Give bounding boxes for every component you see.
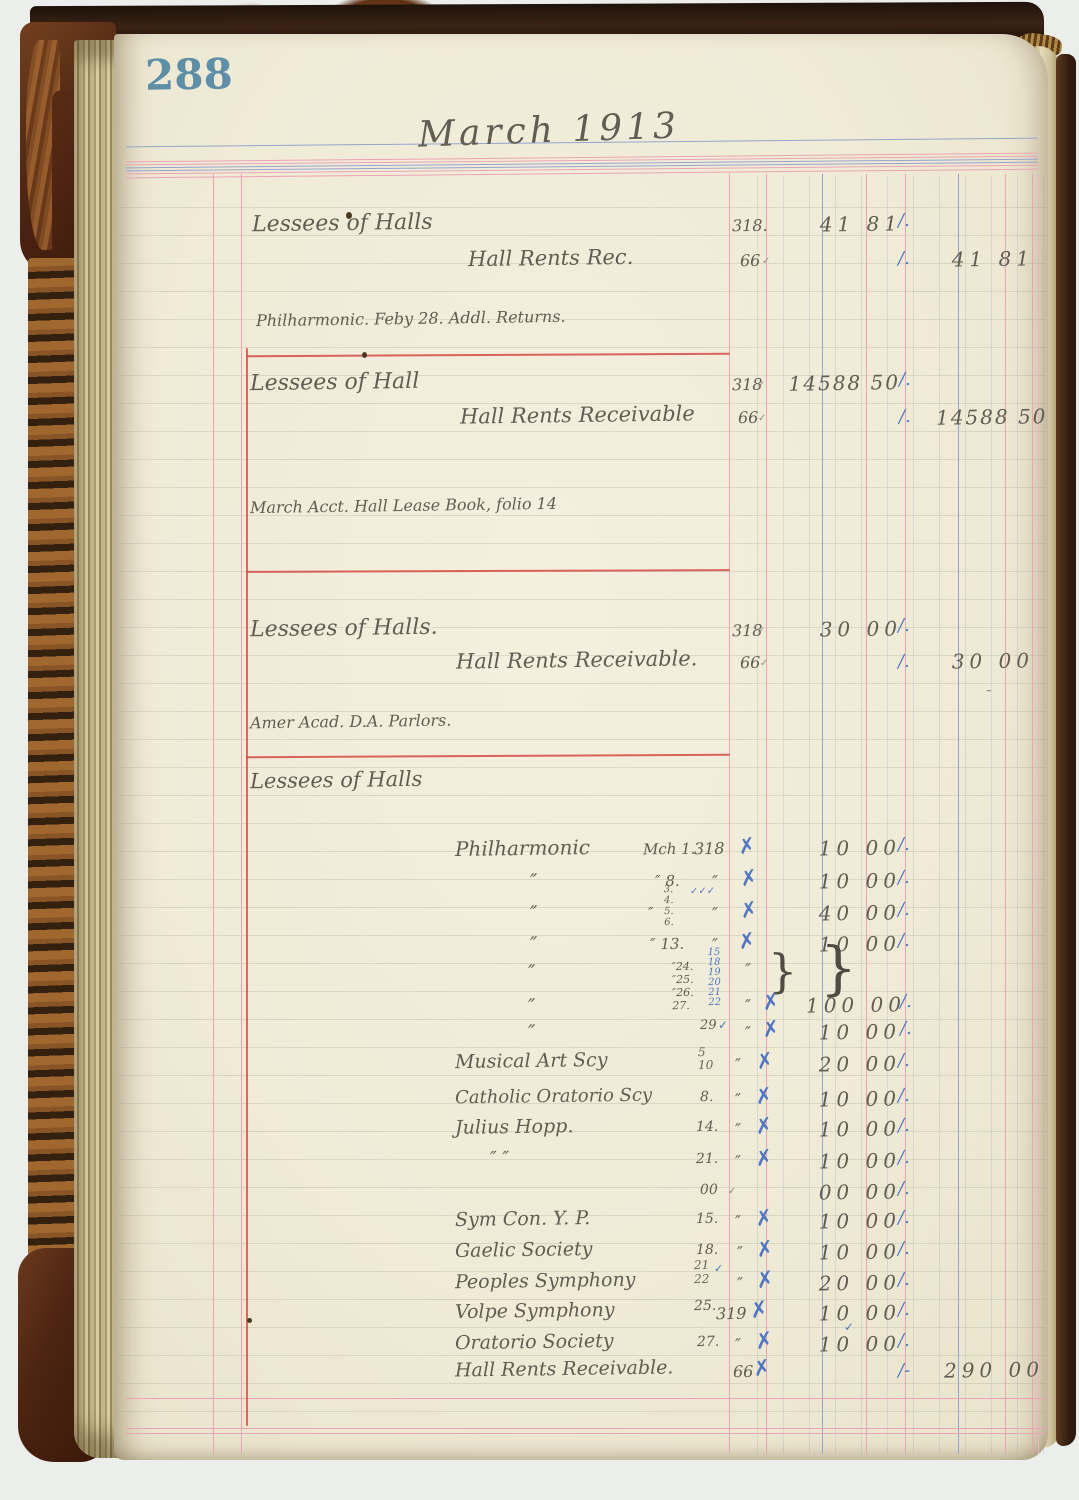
row-debit: 10 00 [815,868,901,893]
entry-credit-folio: 66 [738,408,759,427]
small-check: ✓ [718,1018,728,1032]
row-folio: 319 [716,1304,747,1323]
posting-mark: /. [898,930,910,951]
footer-rule [126,1428,1046,1429]
row-date: 25. [694,1298,716,1314]
row-folio: ″ [737,1274,743,1293]
row-date: 8. [700,1089,714,1105]
dash-mark: - [986,680,992,699]
folio-column-rule [729,174,730,1454]
entry-debit-account: Lessees of Halls [252,210,433,238]
posting-mark: /. [899,369,911,390]
row-name: ″ [528,1020,536,1044]
row-debit: 10 00 [815,1116,901,1141]
small-checks: ✓✓✓ [690,886,702,897]
row-folio: ″ [712,904,718,923]
posting-mark: /. [898,1085,910,1106]
row-debit: 10 00 [815,1239,901,1264]
row-name: Musical Art Scy [455,1049,608,1073]
debit-column-rule [905,174,906,1454]
row-small-dates-blue: 15 18 19 20 21 22 [708,948,725,1008]
paper-spot [247,1318,252,1323]
row-date: 29 [700,1018,717,1033]
paper-spot [362,352,367,358]
row-debit: 10 00 [815,1331,901,1356]
row-debit: 20 00 [815,1270,901,1295]
posting-mark: /. [898,1330,910,1351]
section-heading: Lessees of Halls [250,767,423,793]
row-folio: ″ [745,996,751,1015]
row-date: ″ [648,904,654,922]
right-margin-rule [1032,174,1033,1454]
entry-debit-account: Lessees of Hall [250,369,420,396]
row-name: Oratorio Society [455,1330,614,1354]
row-name: Philharmonic [455,835,590,861]
book-spine-striped-edge [28,258,80,1270]
entry-credit-folio: 66 [740,653,761,672]
row-folio: ″ [735,1090,741,1109]
folio-check: ✓ [728,1186,737,1197]
ledger-photo: 288 March 1913 Lessees of Halls 318. 41 … [0,0,1079,1500]
row-date: ″ 13. [650,935,684,953]
folio-check: ✓ [760,658,769,669]
folio-check: ✓ [757,380,766,391]
posting-mark: /- [898,1360,910,1381]
row-date: 21 22 [694,1258,712,1286]
footer-rule [126,1398,1046,1399]
entry-credit-folio: 66 [740,251,761,270]
margin-rule [241,174,242,1454]
row-name: Catholic Oratorio Scy [455,1085,652,1109]
small-check: ✓ [714,1262,723,1275]
row-credit: 290 00 [944,1357,1032,1382]
row-folio: ″ [735,1335,741,1354]
posting-mark: /. [898,1178,910,1199]
entry-credit-amount: 41 81 [948,246,1034,271]
row-debit: 10 00 [815,1086,901,1111]
entry-credit-amount: 14588 50 [936,404,1042,429]
posting-mark: /. [900,1018,912,1039]
posting-mark: /. [898,615,910,636]
handdrawn-red-margin-line [246,348,248,1426]
posting-mark: /. [898,651,910,672]
right-margin-rule [1038,174,1039,1454]
row-date: 15. [696,1211,718,1227]
row-name: Volpe Symphony [455,1299,615,1323]
row-name: Gaelic Society [455,1238,593,1262]
posting-mark: /. [898,1050,910,1071]
row-debit: 10 00 [815,1019,901,1044]
header-rule-red [126,169,1038,179]
row-date: Mch 1. [643,840,696,859]
row-folio: ″ [735,1055,741,1074]
entry-credit-amount: 30 00 [948,648,1034,673]
row-folio: ″ [737,1243,743,1262]
row-debit: 40 00 [815,900,901,925]
folio-check: ✓ [758,413,767,424]
posting-mark: /. [898,1269,910,1290]
credit-column-blue-rule [958,174,959,1454]
posting-mark: /. [898,1207,910,1228]
credit-cents-rule [1005,174,1006,1454]
row-date: 18. [696,1242,718,1258]
row-folio: ″ [735,1152,741,1171]
row-folio: 66 [733,1362,754,1381]
row-small-dates: ″24. ″25. ″26. 27. [672,960,703,1012]
entry-debit-amount: 30 00 [816,616,902,641]
row-date: 5 10 [698,1046,714,1072]
page-number-stamp: 288 [145,49,234,100]
row-name: Hall Rents Receivable. [455,1356,674,1381]
entry-debit-folio: 318. [732,216,768,235]
row-folio: ″ [735,1212,741,1231]
row-debit: 10 00 [815,1148,901,1173]
posting-mark: /. [898,1115,910,1136]
row-name: ″ [528,994,536,1018]
book-cover-right-edge [1056,54,1076,1446]
row-debit: 10 00 [815,1300,901,1325]
posting-mark: /. [898,210,910,231]
posting-mark: /. [898,1238,910,1259]
row-date: 27. [697,1334,719,1350]
margin-rule [213,174,214,1454]
posting-mark: /. [898,248,910,269]
entry-credit-account: Hall Rents Receivable [460,401,695,428]
row-folio: 318 [694,839,725,858]
group-brace: } [820,934,857,1002]
entry-memo: Amer Acad. D.A. Parlors. [250,711,452,733]
row-name: Peoples Symphony [455,1269,636,1294]
row-date: 21. [696,1151,718,1167]
row-debit: 100 00 [806,992,902,1017]
row-name: Julius Hopp. [455,1115,574,1139]
row-date: 00 [700,1182,718,1198]
row-name: ″ [530,901,538,925]
row-debit: 10 00 [815,835,901,860]
row-debit: 00 00 [815,1179,901,1204]
entry-debit-amount: 41 81 [816,211,902,236]
posting-mark: /. [898,899,910,920]
row-debit: 20 00 [815,1051,901,1076]
posting-mark: /. [898,1299,910,1320]
entry-debit-amount: 14588 50 [778,370,900,396]
entry-credit-account: Hall Rents Rec. [468,245,634,271]
folio-column-rule [766,174,767,1454]
posting-mark: /. [900,991,912,1012]
row-name: ″ [530,932,538,956]
row-name: ″ ″ [490,1148,509,1169]
posting-mark: /. [898,834,910,855]
posting-mark: /. [898,867,910,888]
row-folio: ″ [745,960,751,979]
row-date: 14. [696,1119,718,1135]
row-folio: ″ [745,1023,751,1042]
posting-mark: /. [898,1147,910,1168]
entry-debit-account: Lessees of Halls. [250,615,438,643]
row-name: ″ [530,869,538,893]
entry-credit-account: Hall Rents Receivable. [456,646,698,673]
folio-check: ✓ [757,626,766,637]
row-debit: 10 00 [815,1208,901,1233]
row-folio: ″ [735,1120,741,1139]
row-small-dates: 3. 4. 5. 6. [664,884,687,928]
folio-check: ✓ [762,256,771,267]
footer-rule [126,1433,1046,1434]
posting-mark: /. [899,406,911,427]
row-name: Sym Con. Y. P. [455,1207,591,1231]
row-name: ″ [528,960,536,984]
